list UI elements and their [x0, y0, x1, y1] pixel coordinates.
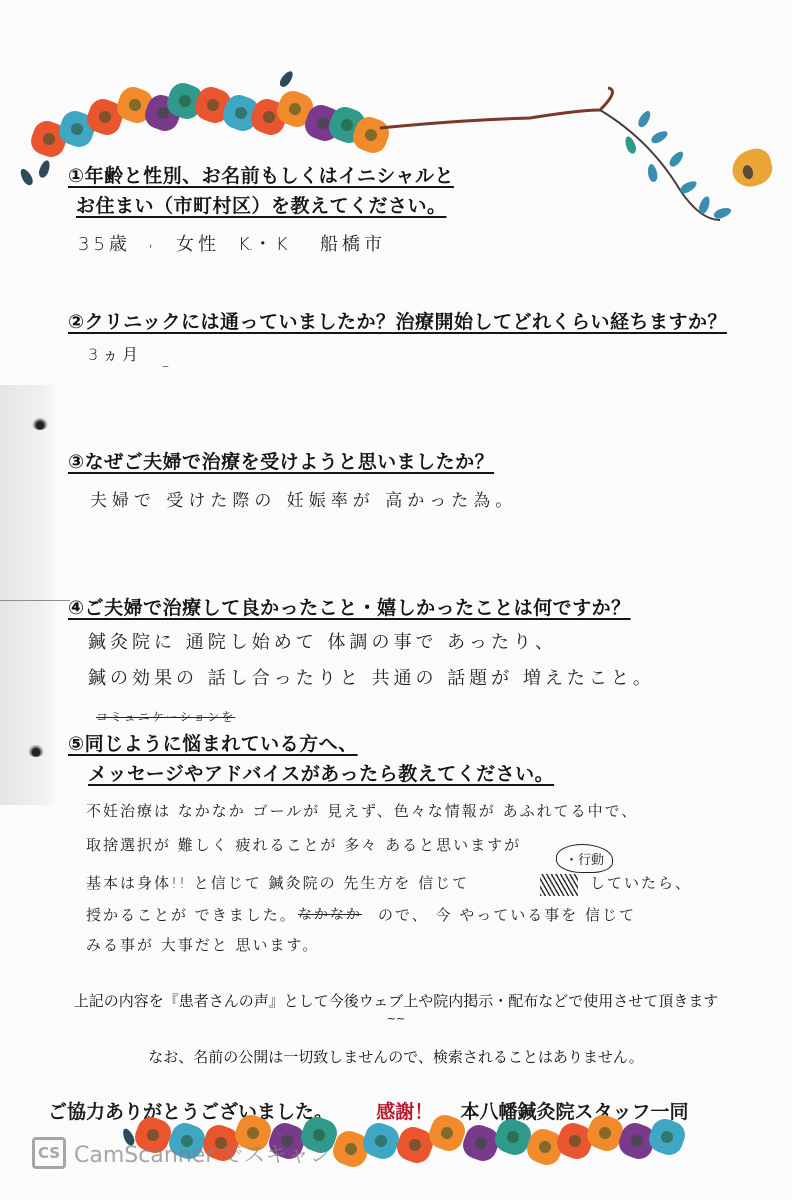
- tilde-mark: ~~: [0, 1012, 792, 1025]
- answer-gender: 女性: [176, 230, 220, 256]
- paper-fold-shadow: [0, 385, 55, 805]
- answer-line-5: みる事が 大事だと 思います。: [86, 934, 319, 955]
- answer-duration: 3ヵ月: [88, 342, 142, 365]
- usage-notice: 上記の内容を『患者さんの声』として今後ウェブ上や院内掲示・配布などで使用させて頂…: [0, 990, 792, 1011]
- answer-mark: –: [162, 358, 173, 374]
- answer-line-4: 授かることが できました。: [86, 904, 297, 925]
- privacy-notice: なお、名前の公開は一切致しませんので、検索されることはありません。: [0, 1046, 792, 1067]
- answer-line-1: 不妊治療は なかなか ゴールが 見えず、色々な情報が あふれてる中で、: [86, 800, 638, 821]
- camscanner-logo-icon: CS: [32, 1137, 66, 1169]
- question-3-title: ③なぜご夫婦で治療を受けようと思いましたか？: [68, 448, 494, 476]
- question-4-struck-text: コミュニケーションを: [96, 708, 235, 725]
- answer-age: 35歳: [78, 230, 131, 256]
- answer-line-4-struck: なかなか: [298, 904, 362, 924]
- leaf-icon: [18, 167, 35, 187]
- question-1-title-line-1: ①年齢と性別、お名前もしくはイニシャルと: [68, 162, 454, 190]
- question-3-answer: 夫婦で 受けた際の 妊娠率が 高かった為。: [90, 486, 517, 511]
- answer-line-4-continued: ので、 今 やっている事を 信じて: [378, 904, 636, 925]
- leaf-icon: [278, 69, 296, 89]
- answer-line-3-tail: していたら、: [590, 872, 692, 893]
- paper-fold-line: [0, 600, 70, 601]
- punch-hole-bottom: [28, 745, 44, 757]
- scribbled-out-word: [540, 874, 578, 896]
- staff-signature: 本八幡鍼灸院スタッフ一同: [461, 1101, 689, 1123]
- inserted-word-bubble: ・行動: [556, 844, 613, 873]
- leaf-icon: [37, 159, 52, 179]
- answer-line-3: 基本は身体!! と信じて 鍼灸院の 先生方を 信じて: [86, 872, 469, 893]
- punch-hole-top: [32, 418, 48, 430]
- question-2-title: ②クリニックには通っていましたか？治療開始してどれくらい経ちますか？: [68, 308, 727, 336]
- question-5-title-line-2: メッセージやアドバイスがあったら教えてください。: [88, 760, 554, 788]
- watermark-text: CamScanner でスキャン: [74, 1138, 331, 1169]
- question-5-title-line-1: ⑤同じように悩まれている方へ、: [68, 730, 358, 758]
- camscanner-watermark: CS CamScanner でスキャン: [32, 1137, 331, 1169]
- question-4-answer-line-1: 鍼灸院に 通院し始めて 体調の事で あったり、: [88, 628, 557, 654]
- thanks-text: ご協力ありがとうございました。: [48, 1101, 333, 1123]
- question-4-answer-line-2: 鍼の効果の 話し合ったりと 共通の 話題が 増えたこと。: [88, 664, 655, 690]
- separator-comma: ,: [148, 230, 158, 251]
- question-1-title-line-2: お住まい（市町村区）を教えてください。: [76, 192, 447, 220]
- gratitude-text: 感謝！: [376, 1101, 433, 1123]
- answer-initials: K・K: [238, 230, 292, 256]
- question-4-title: ④ご夫婦で治療して良かったこと・嬉しかったことは何ですか？: [68, 594, 631, 622]
- answer-city: 船橋市: [320, 230, 386, 256]
- answer-line-2: 取捨選択が 難しく 疲れることが 多々 あると思いますが: [86, 834, 521, 855]
